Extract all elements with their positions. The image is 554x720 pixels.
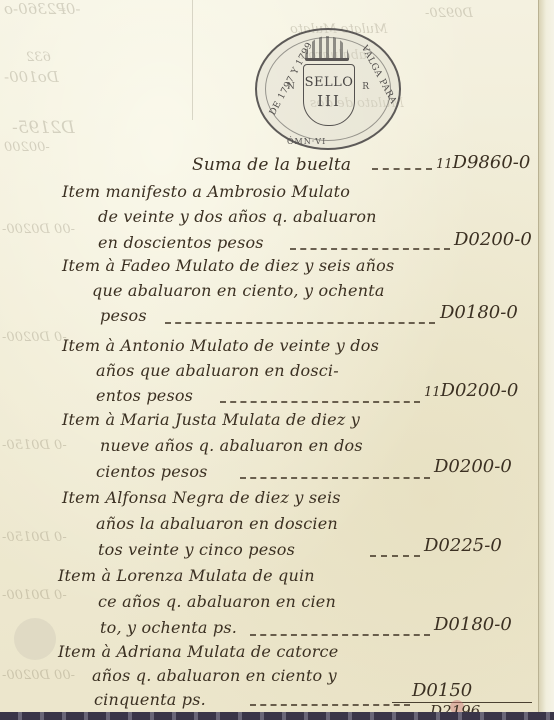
bleed-through-amount: D0920- (425, 6, 473, 21)
carried-total-label: Suma de la buelta (192, 155, 351, 175)
entry-line: to, y ochenta ps. (100, 618, 237, 637)
shield-icon: SELLO III (303, 64, 355, 126)
bleed-through-amount: -00 D0200- (2, 668, 75, 683)
official-stamp-seal: DE 1797 Y 1799 VALGA PARA SELLO III N R … (255, 28, 401, 150)
bleed-through-folio: 632 (26, 50, 51, 65)
amount-value: D0200-0 (441, 380, 519, 401)
entry-line: pesos (100, 306, 147, 325)
amount-prefix: 11 (436, 157, 453, 172)
bleed-through-amount: -00200 (4, 140, 50, 155)
page-edge (538, 0, 554, 712)
bleed-through-amount: D2195- (12, 118, 75, 138)
leader-dashes (290, 248, 450, 250)
entry-amount: D0225-0 (424, 535, 502, 556)
carried-total-amount: 11D9860-0 (436, 152, 530, 173)
entry-line: Item à Adriana Mulata de catorce (58, 642, 338, 661)
bleed-through-amount: -0 D0150- (2, 438, 67, 453)
leader-dashes (240, 477, 430, 479)
entry-amount: D0180-0 (434, 614, 512, 635)
entry-line: ce años q. abaluaron en cien (98, 592, 336, 611)
entry-line: Item à Maria Justa Mulata de diez y (62, 410, 360, 429)
amount-prefix: 11 (424, 385, 441, 400)
paper-stain (14, 618, 56, 660)
entry-amount: D0150 (412, 680, 472, 701)
scan-border (0, 712, 554, 720)
leader-dashes (165, 322, 435, 324)
seal-side-left: N (287, 82, 295, 92)
running-total: D2196 (430, 702, 480, 712)
entry-line: que abaluaron en ciento, y ochenta (92, 281, 385, 300)
bleed-through-amount: -0₽2360-o (4, 0, 80, 18)
entry-line: entos pesos (96, 386, 193, 405)
entry-line: Item à Lorenza Mulata de quin (58, 566, 315, 585)
seal-legend-bottom: ÓMN·VI (287, 137, 326, 146)
fold-line (192, 0, 193, 120)
bleed-through-amount: Do100- (4, 68, 59, 86)
bleed-through-amount: -00 D0200- (2, 222, 75, 237)
seal-side-right: R (362, 82, 369, 92)
entry-line: años que abaluaron en dosci- (96, 361, 339, 380)
seal-word: SELLO (304, 75, 354, 90)
entry-amount: D0200-0 (454, 229, 532, 250)
entry-line: cinquenta ps. (94, 690, 206, 709)
document-page: -0₽2360-o Mulato Mulato 632 abaluaron Do… (0, 0, 538, 712)
entry-amount: D0200-0 (434, 456, 512, 477)
leader-dashes (250, 634, 430, 636)
leader-dashes (372, 168, 432, 170)
entry-line: tos veinte y cinco pesos (98, 540, 295, 559)
amount-value: D9860-0 (453, 152, 531, 173)
leader-dashes (220, 401, 420, 403)
entry-line: años la abaluaron en doscien (96, 514, 338, 533)
entry-line: en doscientos pesos (98, 233, 264, 252)
bleed-through-amount: -0 D0200- (2, 330, 67, 345)
entry-line: Item à Antonio Mulato de veinte y dos (62, 336, 379, 355)
bleed-through-amount: -0 D0100- (2, 588, 67, 603)
leader-dashes (250, 704, 410, 706)
entry-amount: D0180-0 (440, 302, 518, 323)
bleed-through-amount: -0 D0150- (2, 530, 67, 545)
entry-line: Item manifesto a Ambrosio Mulato (62, 182, 350, 201)
entry-line: Item à Fadeo Mulato de diez y seis años (62, 256, 394, 275)
leader-dashes (370, 555, 420, 557)
seal-number: III (304, 92, 354, 110)
entry-line: cientos pesos (96, 462, 208, 481)
entry-line: años q. abaluaron en ciento y (92, 666, 337, 685)
entry-line: nueve años q. abaluaron en dos (100, 436, 363, 455)
entry-line: Item Alfonsa Negra de diez y seis (62, 488, 341, 507)
entry-amount: 11D0200-0 (424, 380, 518, 401)
entry-line: de veinte y dos años q. abaluaron (98, 207, 377, 226)
